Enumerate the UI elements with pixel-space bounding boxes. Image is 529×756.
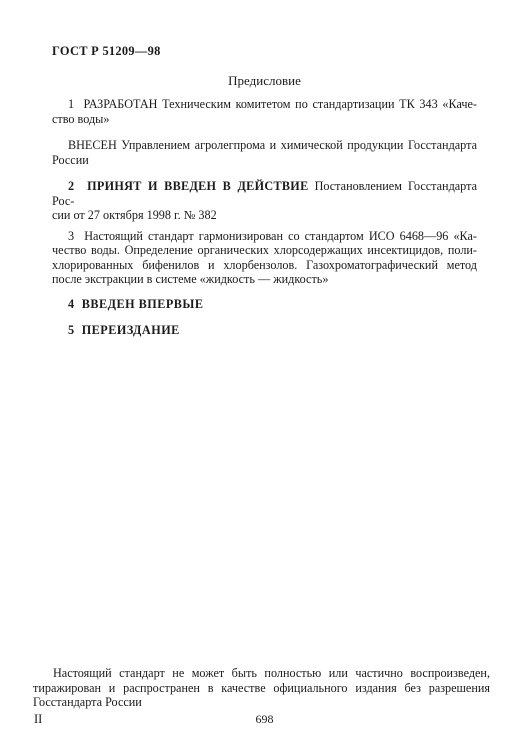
clause-submitted-line1: ВНЕСЕН Управлением агролегпрома и химиче… <box>52 138 477 153</box>
clause-developed-line1: 1 РАЗРАБОТАН Техническим комитетом по ст… <box>52 97 477 112</box>
copyright-notice-line3: Госстандарта России <box>33 695 490 710</box>
clause-reissued-text: 5 ПЕРЕИЗДАНИЕ <box>52 323 477 338</box>
copyright-notice-line2: тиражирован и распространен в качестве о… <box>33 681 490 696</box>
clause-harmonized-line4: после экстракции в системе «жидкость — ж… <box>52 272 477 287</box>
preface-body: 1 РАЗРАБОТАН Техническим комитетом по ст… <box>52 97 477 337</box>
doc-number-header: ГОСТ Р 51209—98 <box>52 44 161 59</box>
clause-adopted-line2: сии от 27 октября 1998 г. № 382 <box>52 208 477 223</box>
clause-adopted: 2 ПРИНЯТ И ВВЕДЕН В ДЕЙСТВИЕ Постановлен… <box>52 179 477 223</box>
copyright-notice: Настоящий стандарт не может быть полност… <box>33 666 490 710</box>
document-page: ГОСТ Р 51209—98 Предисловие 1 РАЗРАБОТАН… <box>0 0 529 756</box>
clause-adopted-keyword: 2 ПРИНЯТ И ВВЕДЕН В ДЕЙСТВИЕ <box>68 179 309 193</box>
copyright-notice-line1: Настоящий стандарт не может быть полност… <box>33 666 490 681</box>
clause-introduced: 4 ВВЕДЕН ВПЕРВЫЕ <box>52 297 477 312</box>
clause-adopted-line1: 2 ПРИНЯТ И ВВЕДЕН В ДЕЙСТВИЕ Постановлен… <box>52 179 477 208</box>
clause-harmonized-line1: 3 Настоящий стандарт гармонизирован со с… <box>52 229 477 244</box>
clause-developed: 1 РАЗРАБОТАН Техническим комитетом по ст… <box>52 97 477 126</box>
clause-harmonized: 3 Настоящий стандарт гармонизирован со с… <box>52 229 477 287</box>
clause-harmonized-line3: хлорированных бифенилов и хлорбензолов. … <box>52 258 477 273</box>
clause-developed-line2: ство воды» <box>52 112 477 127</box>
clause-reissued: 5 ПЕРЕИЗДАНИЕ <box>52 323 477 338</box>
clause-introduced-text: 4 ВВЕДЕН ВПЕРВЫЕ <box>52 297 477 312</box>
clause-submitted: ВНЕСЕН Управлением агролегпрома и химиче… <box>52 138 477 167</box>
clause-harmonized-line2: чество воды. Определение органических хл… <box>52 243 477 258</box>
page-number: 698 <box>0 712 529 727</box>
preface-title: Предисловие <box>52 73 477 89</box>
clause-submitted-line2: России <box>52 153 477 168</box>
